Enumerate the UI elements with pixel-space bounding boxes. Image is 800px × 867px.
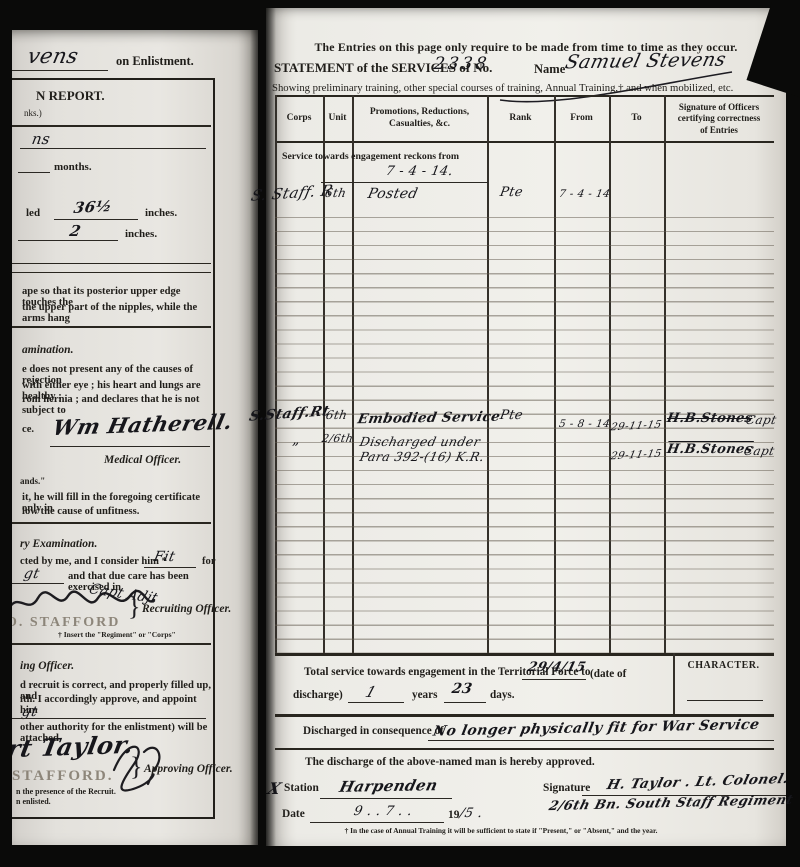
enlistment-underline <box>12 70 108 71</box>
years-underline <box>348 702 404 703</box>
discharge-top-rule <box>275 714 774 717</box>
box-rule-5 <box>12 522 211 524</box>
box-rule-2 <box>12 263 211 264</box>
report-subtitle: nks.) <box>24 108 42 118</box>
row1-promotion: Posted <box>366 186 419 202</box>
service-number: 2338 <box>433 54 491 74</box>
approved-line: The discharge of the above-named man is … <box>305 756 595 768</box>
days-label: days. <box>490 689 515 701</box>
medical-signature-underline <box>50 446 210 447</box>
subtitle: Showing preliminary training, other spec… <box>272 82 784 94</box>
date-year-hw: /5 . <box>458 806 484 821</box>
left-page: vens on Enlistment. N REPORT. nks.) ns m… <box>12 30 258 845</box>
approve-line-2: ith. I accordingly approve, and appoint … <box>20 694 216 716</box>
date-label: Date <box>282 808 305 820</box>
reckons-label: Service towards engagement reckons from <box>282 151 459 162</box>
col-header-signature: Signature of Officers certifying correct… <box>664 102 774 136</box>
years-label: years <box>412 689 437 701</box>
col-header-promotions: Promotions, Reductions, Casualties, &c. <box>352 107 487 131</box>
presence-line-1: n the presence of the Recruit. <box>16 787 116 796</box>
totals-discharge-label: discharge) <box>293 689 343 701</box>
insert-note: † Insert the "Regiment" or "Corps" <box>58 630 176 639</box>
row2-signature-2-rank: Capt <box>743 444 776 458</box>
box-rule-3 <box>12 272 211 273</box>
approving-brace: } <box>130 752 142 782</box>
report-title: N REPORT. <box>36 88 105 104</box>
consider-pre: cted by me, and I consider him * <box>20 556 167 567</box>
header-bottom-rule <box>275 141 774 143</box>
row2-unit-b: 2/6th <box>321 432 355 445</box>
consider-post: for <box>202 556 216 567</box>
date-underline <box>310 822 444 823</box>
reckons-underline <box>321 182 488 183</box>
fit-value: Fit <box>152 549 176 565</box>
totals-top-rule <box>275 653 774 656</box>
discharge-bottom-rule <box>275 748 774 750</box>
annual-training-footnote: † In the case of Annual Training it will… <box>266 826 736 835</box>
discharged-label: Discharged in consequence of <box>303 725 444 737</box>
totals-date-underline <box>522 679 586 680</box>
medical-officer-label: Medical Officer. <box>104 454 181 466</box>
character-underline <box>687 700 763 701</box>
expanded-value: 36½ <box>72 197 113 217</box>
row2-signature-2: H.B.Stones <box>666 442 754 457</box>
approving-officer-label: Approving Officer. <box>144 763 233 775</box>
totals-dateof: (date of <box>590 668 626 680</box>
box-rule-1 <box>12 125 211 127</box>
station-label: Station <box>284 782 319 794</box>
ing-officer-label: ing Officer. <box>20 660 74 672</box>
stamp-o-stafford: O. STAFFORD <box>12 615 120 631</box>
row1-rank: Pte <box>499 185 525 200</box>
enlistment-name-fragment: vens <box>25 44 80 68</box>
scanned-service-record: { "left": { "enlistment_hw": "vens", "en… <box>0 0 800 867</box>
statement-of-services-page: The Entries on this page only require to… <box>266 8 786 846</box>
cert-line-2: low the cause of unfitness. <box>22 506 214 517</box>
years-value: 1 <box>363 683 379 701</box>
station-value: Harpenden <box>338 776 440 796</box>
station-underline <box>320 798 452 799</box>
col-header-to: To <box>609 113 664 123</box>
exam-heading: amination. <box>22 344 73 356</box>
days-underline <box>444 702 486 703</box>
expanded-pre: led <box>26 207 40 219</box>
col-header-rank: Rank <box>487 113 554 123</box>
totals-date: 29/4/15 <box>526 660 587 675</box>
expansion-unit: inches. <box>125 228 157 240</box>
row2-promo-line1: Embodied Service <box>356 409 502 427</box>
row2-promo-line3: Para 392-(16) K.R. <box>358 449 486 464</box>
col-header-from: From <box>554 113 609 123</box>
quote-fragment: ands." <box>20 476 45 486</box>
row1-from: 7 - 4 - 14 <box>558 188 611 200</box>
months-underline <box>18 172 50 173</box>
row2-corps-ditto: „ <box>292 432 300 448</box>
exam-line-4: ce. <box>22 424 34 435</box>
row2-signature-1-rank: Capt <box>745 413 778 427</box>
row2-promo-line2: Discharged under <box>358 434 481 449</box>
book-spine-shadow <box>250 0 276 867</box>
box-rule-4 <box>12 326 211 328</box>
expansion-underline <box>18 240 118 241</box>
expanded-unit: inches. <box>145 207 177 219</box>
tape-line-2: the upper part of the nipples, while the… <box>22 302 212 324</box>
signature-value: H. Taylor . Lt. Colonel. <box>605 771 790 793</box>
date-value: 9 . . 7 . . <box>352 804 413 819</box>
months-label: months. <box>54 161 92 173</box>
recruiting-officer-label: Recruiting Officer. <box>142 603 231 615</box>
row2-signature-1: H.B.Stones <box>666 411 754 426</box>
ruled-lines <box>275 204 774 653</box>
days-value: 23 <box>451 681 474 697</box>
primary-exam-heading: ry Examination. <box>20 538 97 550</box>
hw-underline-1 <box>20 148 206 149</box>
character-label: CHARACTER. <box>673 660 774 671</box>
gt-underline-2 <box>12 718 206 719</box>
signature-unit: 2/6th Bn. South Staff Regiment <box>547 793 795 814</box>
col-header-unit: Unit <box>323 113 352 123</box>
row2-rank: Pte <box>499 408 525 423</box>
recruiting-brace: } <box>128 592 140 622</box>
box-rule-6 <box>12 643 211 645</box>
name-flourish <box>496 56 736 106</box>
table-top-rule <box>275 95 774 97</box>
col-header-corps: Corps <box>275 113 323 123</box>
row2-from: 5 - 8 - 14 <box>558 418 611 430</box>
discharged-value: No longer physically fit for War Service <box>432 716 782 739</box>
enlistment-label: on Enlistment. <box>116 54 194 69</box>
expanded-underline <box>54 219 138 220</box>
discharged-underline <box>428 740 774 741</box>
signature-label: Signature <box>543 782 590 794</box>
fit-underline <box>144 567 196 568</box>
hw-fragment-1: ns <box>30 130 51 148</box>
stamp-stafford: STAFFORD. <box>12 768 113 785</box>
presence-line-2: n enlisted. <box>16 797 51 806</box>
reckons-date: 7 - 4 - 14. <box>385 164 455 179</box>
